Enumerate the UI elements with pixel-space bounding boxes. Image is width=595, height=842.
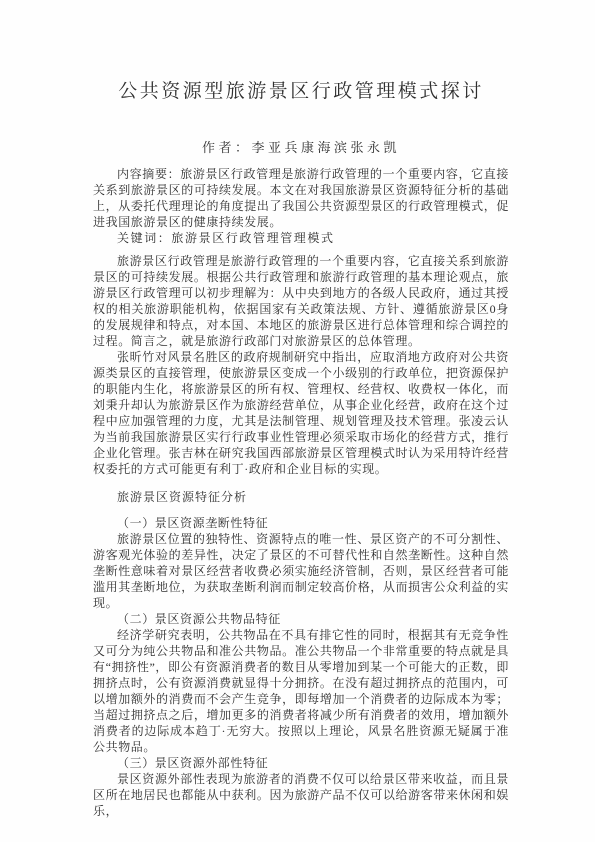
body-paragraph-1: 旅游景区行政管理是旅游行政管理的一个重要内容，它直接关系到旅游景区的可持续发展。… xyxy=(93,253,509,349)
section-heading-resource-features: 旅游景区资源特征分析 xyxy=(93,489,509,505)
author-line: 作者：李亚兵康海滨张永凯 xyxy=(93,139,509,156)
subsection-1-paragraph: 旅游景区位置的独特性、资源特点的唯一性、景区资产的不可分割性、游客观光体验的差异… xyxy=(93,531,509,611)
keywords-line: 关键词：旅游景区行政管理管理模式 xyxy=(93,230,509,246)
document-title: 公共资源型旅游景区行政管理模式探讨 xyxy=(93,80,509,104)
subsection-1-heading: （一）景区资源垄断性特征 xyxy=(93,515,509,531)
subsection-2-heading: （二）景区资源公共物品特征 xyxy=(93,611,509,627)
subsection-3-heading: （三）景区资源外部性特征 xyxy=(93,755,509,771)
subsection-2-paragraph: 经济学研究表明，公共物品在不具有排它性的同时，根据其有无竞争性又可分为纯公共物品… xyxy=(93,627,509,755)
body-paragraph-2: 张昕竹对风景名胜区的政府规制研究中指出，应取消地方政府对公共资源类景区的直接管理… xyxy=(93,349,509,477)
document-page: 公共资源型旅游景区行政管理模式探讨 作者：李亚兵康海滨张永凯 内容摘要：旅游景区… xyxy=(0,0,595,842)
subsection-3-paragraph: 景区资源外部性表现为旅游者的消费不仅可以给景区带来收益，而且景区所在地居民也都能… xyxy=(93,771,509,819)
abstract-paragraph: 内容摘要：旅游景区行政管理是旅游行政管理的一个重要内容，它直接关系到旅游景区的可… xyxy=(93,166,509,230)
